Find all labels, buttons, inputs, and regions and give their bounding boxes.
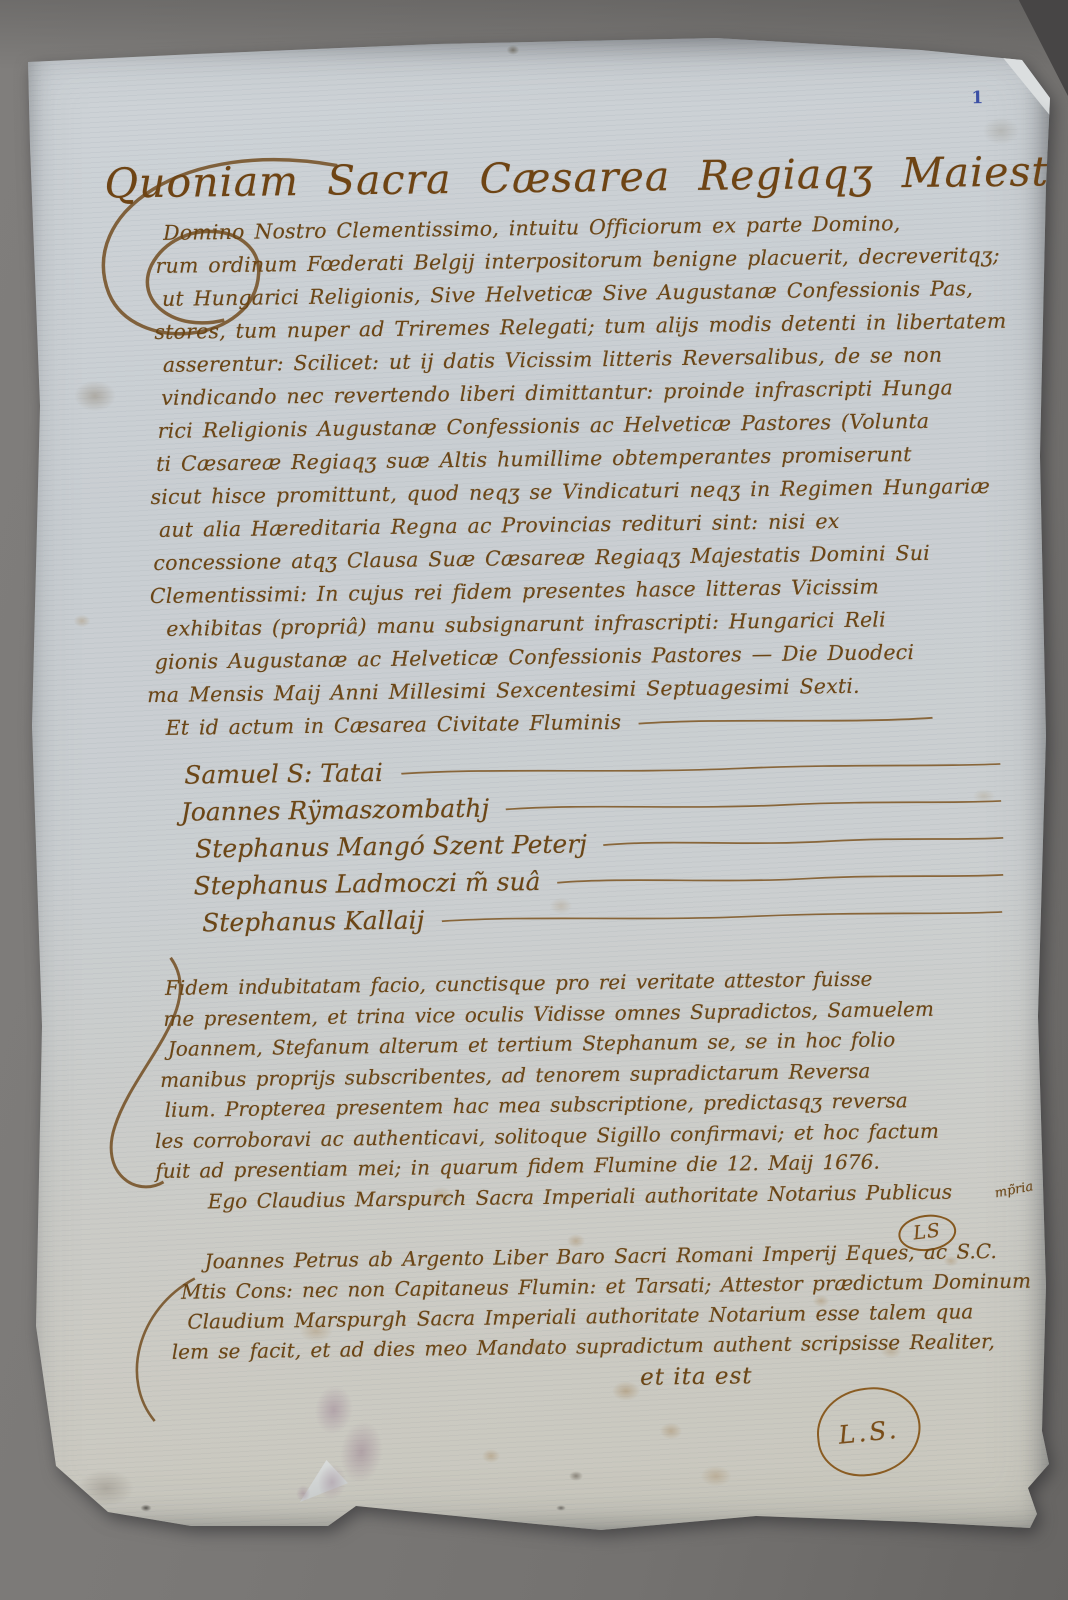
locus-sigilli-circle: L.S.: [813, 1383, 925, 1481]
body-paragraph: Domino Nostro Clementissimo, intuitu Off…: [125, 206, 1028, 746]
manuscript-paper: 1 Quoniam Sacra Cæsarea Regiaqʒ Maiestat…: [16, 36, 1052, 1536]
sig-row-text: Stephanus Ladmoczi m̃ suâ: [193, 867, 552, 901]
manuscript-text: 1 Quoniam Sacra Cæsarea Regiaqʒ Maiestat…: [7, 29, 1063, 1542]
signature-flourish-line: [436, 906, 1008, 925]
notary-paragraph: Fidem indubitatam facio, cunctisque pro …: [133, 962, 1034, 1218]
sig-row-text: Stephanus Kallaij: [202, 905, 437, 937]
sig-row-text: Joannes Rÿmaszombathj: [181, 793, 502, 826]
sig-row-text: Stephanus Mangó Szent Peterj: [195, 829, 599, 863]
sig-row-text: Samuel S: Tatai: [184, 758, 395, 790]
signature-flourish-line: [552, 869, 1007, 887]
flourish-dash: [635, 713, 935, 727]
attestation-closing-text: et ita est: [640, 1363, 753, 1390]
heading-text: Quoniam Sacra Cæsarea Regiaqʒ Maiestati,: [104, 146, 1068, 207]
signature-flourish-line: [395, 758, 1006, 778]
signature-flourish-line: [501, 795, 1007, 814]
signature-flourish-line: [599, 832, 1007, 849]
attestation-paragraph: Joannes Petrus ab Argento Liber Baro Sac…: [158, 1236, 1035, 1367]
signature-block: Samuel S: TataiJoannes RÿmaszombathjStep…: [166, 746, 1008, 942]
photo-backdrop: 1 Quoniam Sacra Cæsarea Regiaqʒ Maiestat…: [0, 0, 1068, 1600]
attestation-closing: et ita est: [640, 1363, 753, 1390]
paper-sheet: 1 Quoniam Sacra Cæsarea Regiaqʒ Maiestat…: [16, 36, 1052, 1536]
body-line-text: Et id actum in Cæsarea Civitate Fluminis: [165, 706, 621, 745]
page-number: 1: [971, 88, 983, 108]
heading-line: Quoniam Sacra Cæsarea Regiaqʒ Maiestati,: [104, 146, 1068, 207]
locus-sigilli-text: L.S.: [837, 1414, 900, 1449]
manu-propria-note: mp̃ria: [992, 1172, 1036, 1209]
